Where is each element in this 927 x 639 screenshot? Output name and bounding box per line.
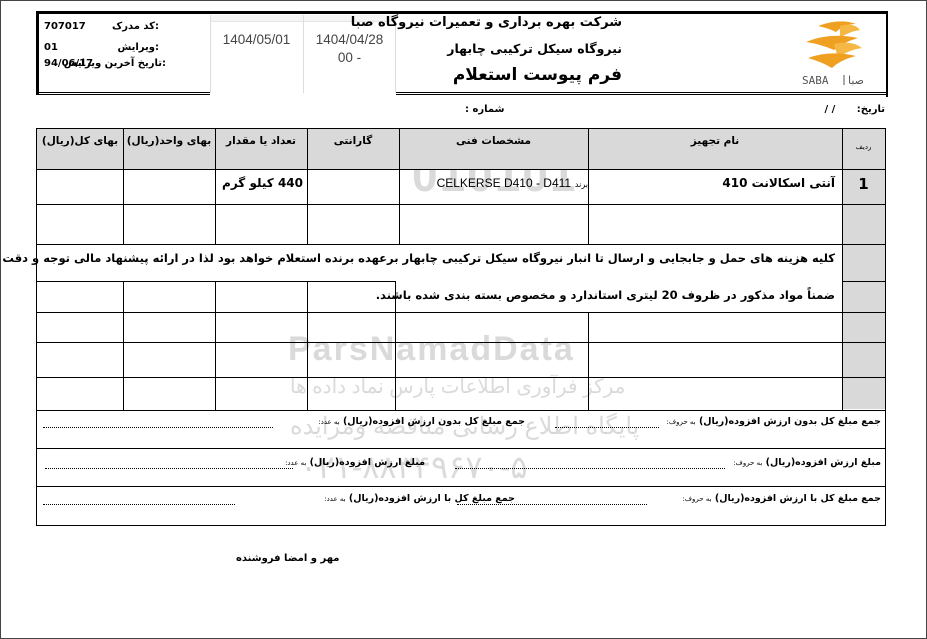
row-number-column-bg [842,129,885,409]
cell-unit-price[interactable] [123,176,215,204]
date-stamp-1: 1404/05/01 [210,32,303,47]
svg-text:SABA: SABA [802,74,829,87]
form-title: فرم پیوست استعلام [351,65,622,85]
seller-signature-label: مهر و امضا فروشنده [236,553,339,564]
cell-total-price[interactable] [37,176,123,204]
packaging-note: ضمناً مواد مذکور در ظروف 20 لیتری استاند… [376,288,835,302]
header-specs: مشخصات فنی [399,135,588,147]
cell-row-number: 1 [842,175,885,193]
cell-equipment-name: آنتی اسکالانت 410 [722,176,835,190]
header-total-price: بهای کل(ریال) [37,135,123,147]
header-row-number: ردیف [842,143,885,151]
vat-amount-words-field[interactable] [455,468,725,469]
cell-specs: برند CELKERSE D410 - D411 [437,176,588,190]
header-divider [36,92,210,95]
total-with-vat-words-field[interactable] [457,504,647,505]
company-header: شرکت بهره برداری و تعمیرات نیروگاه صبا ن… [351,15,622,85]
company-name: شرکت بهره برداری و تعمیرات نیروگاه صبا [351,15,622,30]
shipping-note: کلیه هزینه های حمل و جابجایی و ارسال تا … [0,251,835,265]
header-quantity: تعداد یا مقدار [215,135,307,147]
header-divider [396,92,888,95]
vat-amount-number-field[interactable] [45,468,293,469]
saba-logo-icon: SABA صبا [800,18,890,88]
svg-text:صبا: صبا [848,74,864,87]
header-unit-price: بهای واحد(ریال) [123,135,215,147]
total-without-vat-words-field[interactable] [555,427,659,428]
date-field: تاریخ: / / [824,104,885,115]
revision: 01 ویرایش: [44,42,159,53]
last-revision-date: 94/06/17 تاریخ آخرین ویرایش: [44,58,166,69]
inquiry-table: ردیف نام تجهیز مشخصات فنی گارانتی تعداد … [36,128,886,526]
plant-name: نیروگاه سیکل ترکیبی چابهار [351,41,622,56]
cell-quantity: 440 کیلو گرم [222,176,303,190]
header-equipment-name: نام تجهیز [588,135,842,147]
saba-logo: SABA صبا [800,18,890,88]
number-field: شماره : [465,104,504,115]
total-with-vat-number-field[interactable] [43,504,235,505]
header-warranty: گارانتی [307,135,399,147]
date-value[interactable]: / / [824,104,835,115]
doc-code: 707017 کد مدرک: [44,21,159,32]
total-without-vat-number-field[interactable] [43,427,273,428]
